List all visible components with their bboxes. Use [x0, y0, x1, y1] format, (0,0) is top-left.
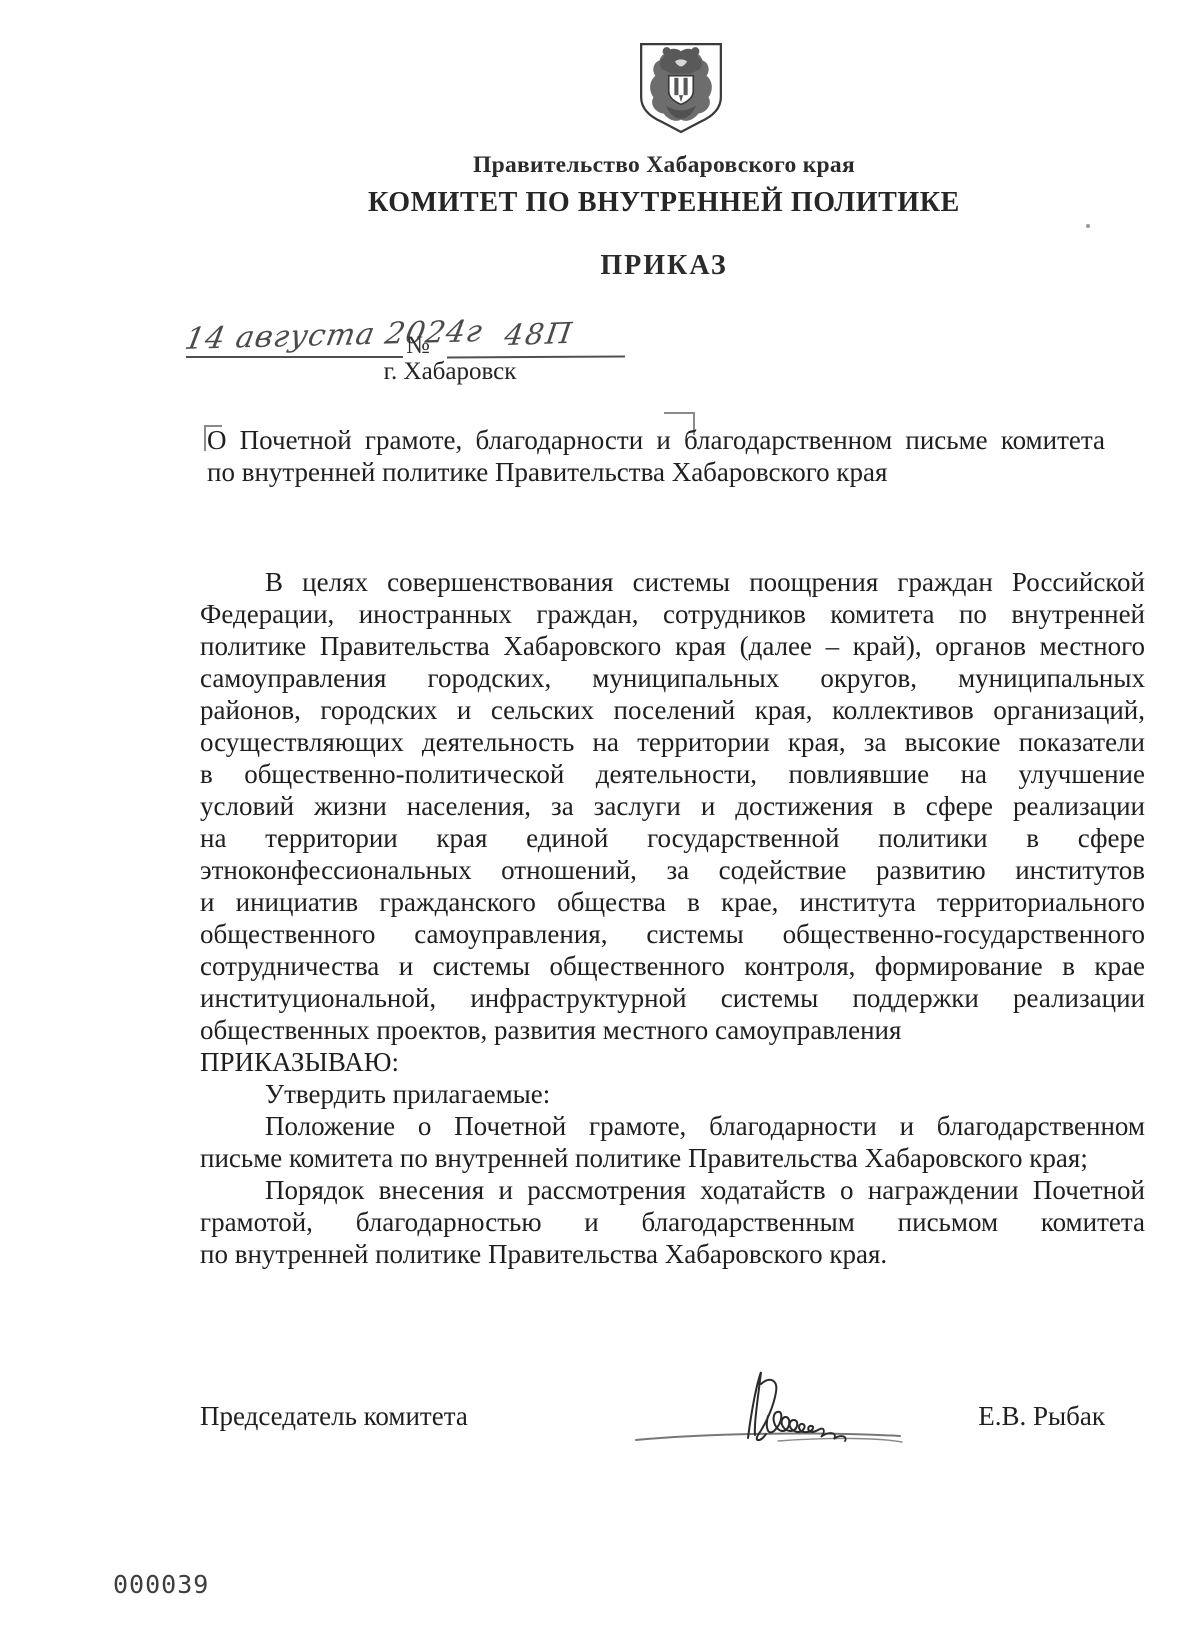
signer-name: Е.В. Рыбак — [940, 1401, 1105, 1432]
handwritten-order-number: 48П — [502, 316, 575, 352]
scanned-order-document: Правительство Хабаровского края КОМИТЕТ … — [0, 0, 1200, 1639]
subject-line: по внутренней политике Правительства Хаб… — [207, 456, 1105, 488]
body-line: условий жизни населения, за заслуги и до… — [200, 790, 1145, 822]
body-line: осуществляющих деятельность на территори… — [200, 726, 1145, 758]
body-line: Федерации, иностранных граждан, сотрудни… — [200, 598, 1145, 630]
page-stamp-number: 000039 — [113, 1570, 209, 1599]
org-name-title: КОМИТЕТ ПО ВНУТРЕННЕЙ ПОЛИТИКЕ — [204, 187, 1124, 219]
body-line: Порядок внесения и рассмотрения ходатайс… — [200, 1174, 1145, 1206]
subject-line: О Почетной грамоте, благодарности и благ… — [207, 424, 1105, 456]
order-body-text: В целях совершенствования системы поощре… — [200, 566, 1145, 1270]
handwritten-date: 14 августа 2024г — [182, 314, 486, 357]
signature-scribble — [628, 1368, 913, 1448]
subject-block: О Почетной грамоте, благодарности и благ… — [207, 424, 1105, 488]
body-line: районов, городских и сельских поселений … — [200, 694, 1145, 726]
body-line: Утвердить прилагаемые: — [200, 1078, 1145, 1110]
body-line: этноконфессиональных отношений, за содей… — [200, 854, 1145, 886]
body-line: письме комитета по внутренней политике П… — [200, 1142, 1145, 1174]
body-line: общественных проектов, развития местного… — [200, 1014, 1145, 1046]
body-line: на территории края единой государственно… — [200, 822, 1145, 854]
scan-artifact-dot — [1086, 224, 1090, 228]
document-type-title: ПРИКАЗ — [204, 250, 1124, 282]
number-sign: № — [406, 332, 430, 360]
signer-position-label: Председатель комитета — [200, 1401, 468, 1432]
org-parent-title: Правительство Хабаровского края — [204, 152, 1124, 179]
body-line: по внутренней политике Правительства Хаб… — [200, 1238, 1145, 1270]
body-line: общественного самоуправления, системы об… — [200, 918, 1145, 950]
body-line-prikazyvayu: ПРИКАЗЫВАЮ: — [200, 1046, 1145, 1078]
body-line: самоуправления городских, муниципальных … — [200, 662, 1145, 694]
body-line: грамотой, благодарностью и благодарствен… — [200, 1206, 1145, 1238]
city-label: г. Хабаровск — [350, 358, 550, 386]
body-line: В целях совершенствования системы поощре… — [200, 566, 1145, 598]
body-line: сотрудничества и системы общественного к… — [200, 950, 1145, 982]
body-line: Положение о Почетной грамоте, благодарно… — [200, 1110, 1145, 1142]
body-line: политике Правительства Хабаровского края… — [200, 630, 1145, 662]
khabarovsk-coat-of-arms-icon — [636, 41, 726, 135]
body-line: институциональной, инфраструктурной сист… — [200, 982, 1145, 1014]
body-line: в общественно-политической деятельности,… — [200, 758, 1145, 790]
body-line: и инициатив гражданского общества в крае… — [200, 886, 1145, 918]
